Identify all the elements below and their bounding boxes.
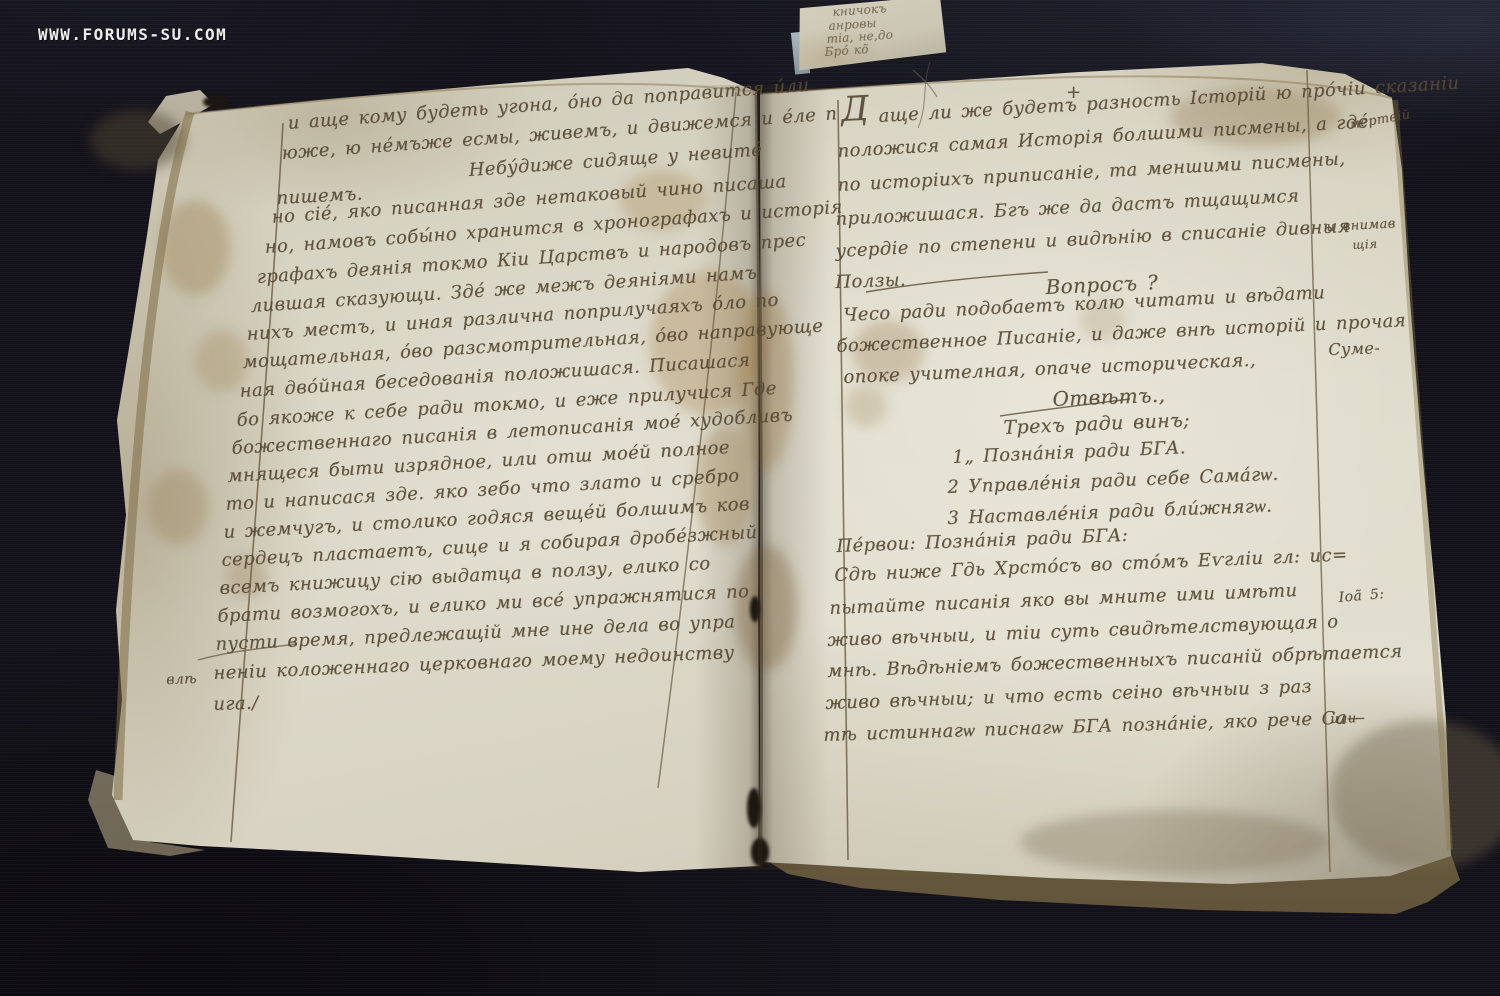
margin-note: Іоа̃ 5:	[1338, 586, 1385, 606]
margin-note: +	[1066, 82, 1081, 103]
margin-note: и внимав	[1326, 216, 1396, 235]
photo-scene: кничокъанровытіа, не,доБро́ ко̃	[0, 0, 1500, 996]
margin-note: щія	[1352, 237, 1378, 252]
margin-note: или	[1330, 711, 1357, 727]
margin-note: мертвій	[1348, 107, 1412, 133]
right-page-marginalia: +мертвійи внимавщіяСуме-Іоа̃ 5:или	[0, 0, 1500, 996]
margin-note: Суме-	[1328, 338, 1380, 359]
watermark-text: WWW.FORUMS-SU.COM	[38, 25, 227, 44]
